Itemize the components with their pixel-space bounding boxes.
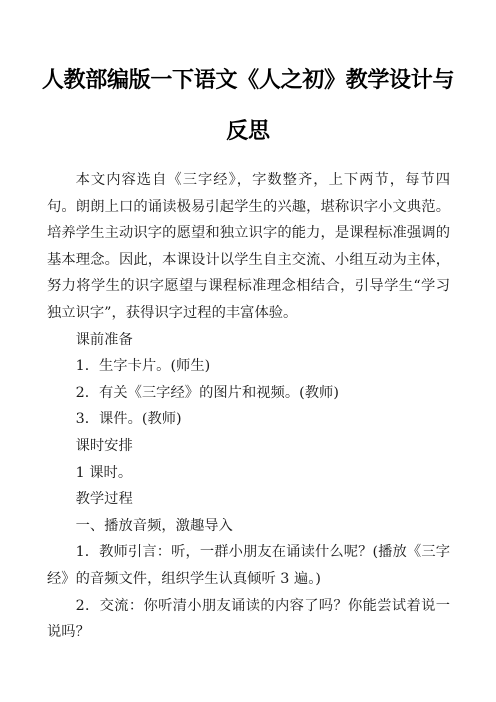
section-heading-process: 教学过程 [47,486,450,513]
schedule-text: 1 课时。 [47,460,450,487]
intro-paragraph: 本文内容选自《三字经》，字数整齐，上下两节，每节四句。朗朗上口的诵读极易引起学生… [47,167,450,327]
section-heading-schedule: 课时安排 [47,433,450,460]
process-step-2: 2．交流：你听清小朋友诵读的内容了吗？你能尝试着说一说吗？ [47,593,450,646]
document-title-line2: 反思 [30,120,466,144]
subsection-heading-audio-intro: 一、播放音频，激趣导入 [47,513,450,540]
document-title-line1: 人教部编版一下语文《人之初》教学设计与 [30,69,466,93]
process-step-1: 1．教师引言：听，一群小朋友在诵读什么呢？(播放《三字经》的音频文件，组织学生认… [47,539,450,592]
list-item-preparation-1: 1．生字卡片。(师生) [47,353,450,380]
document-body: 本文内容选自《三字经》，字数整齐，上下两节，每节四句。朗朗上口的诵读极易引起学生… [47,167,450,646]
list-item-preparation-3: 3．课件。(教师) [47,406,450,433]
list-item-preparation-2: 2．有关《三字经》的图片和视频。(教师) [47,380,450,407]
document-page: 人教部编版一下语文《人之初》教学设计与 反思 本文内容选自《三字经》，字数整齐，… [0,0,496,702]
section-heading-preparation: 课前准备 [47,327,450,354]
